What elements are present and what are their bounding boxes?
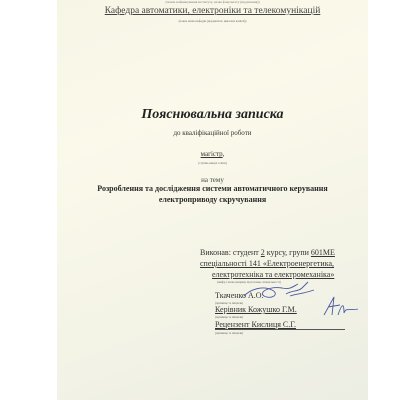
student-name: Ткаченко А.О. [215,291,264,300]
department-name: Кафедра автоматики, електроніки та телек… [57,6,368,16]
institute-caption: (повне найменування інституту, назва фак… [57,0,368,4]
specialty-caption: (шифр і назва напряму підготовки, спеціа… [217,280,281,284]
document-page: (повне найменування інституту, назва фак… [57,0,368,400]
document-title: Пояснювальна записка [57,107,368,123]
topic-line-2: електроприводу скручування [57,195,368,204]
degree-caption: (ступінь вищої освіти) [57,161,368,165]
supervisor-signature-icon [320,293,360,319]
author-line-1: Виконав: студент 2 курсу, групи 601МЕ [200,248,335,257]
document-subtitle: до кваліфікаційної роботи [57,129,368,137]
degree: магістр, [57,150,368,158]
department-caption: (повна назва кафедри (предметної, циклов… [57,19,368,23]
author-line-3: електротехніка та електромеханіка» [212,270,334,279]
supervisor-name: Керівник Кожушко Г.М. [215,305,297,314]
reviewer-caption: (прізвище та ініціали) [215,331,243,335]
topic-line-1: Розроблення та дослідження системи автом… [57,184,368,193]
on-topic-label: на тему [57,176,368,184]
author-line-2: спеціальності 141 «Електроенергетика, [200,259,334,268]
reviewer-name: Рецензент Кислиця С.Г. [215,320,345,330]
supervisor-caption: (прізвище та ініціали) [215,315,243,319]
